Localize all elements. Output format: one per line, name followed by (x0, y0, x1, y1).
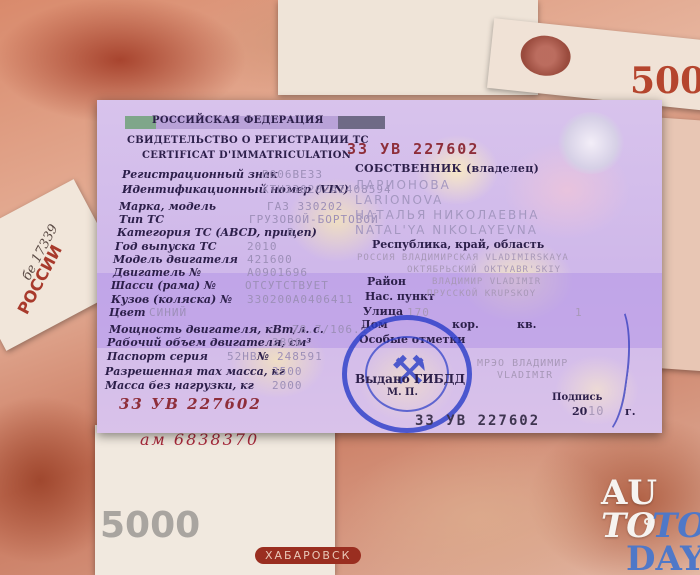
watermark-dot-icon (644, 518, 651, 525)
vehicle-field-label: Масса без нагрузки, кг (105, 379, 254, 392)
watermark-to-a: TO (601, 509, 656, 543)
date-year: 10 (588, 404, 604, 418)
vehicle-field-value: ГАЗ 330202 (267, 200, 343, 213)
reg-number-bottom-left: 33 УВ 227602 (119, 395, 262, 413)
vehicle-field-label: Модель двигателя (113, 253, 238, 266)
vehicle-field-label: Двигатель № (113, 266, 201, 279)
vehicle-field-label: Шасси (рама) № (111, 279, 216, 292)
mp-label: М. П. (387, 387, 418, 398)
district-value: ОКТЯБРЬСКИЙ OKTYABR'SKIY (407, 265, 561, 275)
vehicle-field-value: 2010 (247, 240, 278, 253)
owner-name-en: NATAL'YA NIKOLAYEVNA (355, 223, 538, 237)
owner-surname-ru: ЛАРИОНОВА (355, 178, 451, 192)
signature-label: Подпись (552, 392, 602, 403)
vehicle-field-label: Разрешенная max масса, кг (105, 365, 285, 378)
locality-label: Нас. пункт (365, 290, 435, 303)
owner-label: СОБСТВЕННИК (владелец) (355, 162, 539, 175)
watermark-day: DAY (626, 542, 700, 575)
vehicle-field-value: 2000 (272, 379, 303, 392)
issued-by-label: Выдано ГИБДД (355, 372, 465, 386)
banknote-denomination-top: 5000 (630, 60, 700, 102)
region-value: РОССИЯ ВЛАДИМИРСКАЯ VLADIMIRSKAYA (357, 253, 569, 263)
banknote-denomination-bottom: 5000 (100, 505, 200, 546)
street-value: ПРУССКОЙ KRUPSKOY (427, 289, 536, 299)
reg-number-bottom-right: 33 УВ 227602 (415, 413, 540, 429)
owner-surname-en: LARIONOVA (355, 193, 443, 207)
banknote-city-band: ХАБАРОВСК (255, 547, 361, 564)
vehicle-field-value: 3500 (272, 365, 303, 378)
watermark-to-b: TO (652, 509, 700, 543)
vehicle-field-value: В (287, 226, 295, 239)
region-label: Республика, край, область (372, 238, 544, 251)
apartment-label: кв. (517, 318, 536, 331)
vehicle-field-label: Год выпуска ТС (115, 240, 216, 253)
header-title-ru: СВИДЕТЕЛЬСТВО О РЕГИСТРАЦИИ ТС (127, 135, 369, 146)
locality-value: ВЛАДИМИР VLADIMIR (432, 277, 541, 287)
banknote-emblem-icon (519, 33, 573, 78)
date-prefix: 20 (572, 405, 587, 418)
header-title-fr: CERTIFICAT D'IMMATRICULATION (142, 150, 351, 161)
vehicle-field-label: Кузов (коляска) № (111, 293, 232, 306)
vehicle-registration-certificate: РОССИЙСКАЯ ФЕДЕРАЦИЯ СВИДЕТЕЛЬСТВО О РЕГ… (97, 100, 662, 433)
vehicle-field-value: А0901696 (247, 266, 308, 279)
watermark-au: AU (601, 476, 657, 510)
vehicle-field-label: Цвет (109, 306, 146, 319)
vehicle-field-value: ОТСУТСТВУЕТ (245, 279, 329, 292)
vehicle-field-value: 78.7/106.1 (292, 323, 368, 336)
vehicle-field-value: 52НВ (227, 350, 258, 363)
vehicle-field-value: 421600 (247, 253, 293, 266)
passport-number-value: 248591 (277, 350, 323, 363)
issued-place-en: VLADIMIR (497, 370, 553, 381)
vehicle-field-value: В006ВЕ33 (262, 168, 323, 181)
vehicle-field-label: Регистрационный знак (122, 168, 277, 181)
vehicle-field-value: 2890 (272, 336, 303, 349)
vehicle-field-label: Тип ТС (119, 213, 164, 226)
owner-name-ru: НАТАЛЬЯ НИКОЛАЕВНА (355, 208, 539, 222)
vehicle-field-label: Марка, модель (119, 200, 216, 213)
district-label: Район (367, 275, 406, 288)
vehicle-field-value: СИНИЙ (149, 306, 187, 319)
reg-number-top: 33 УВ 227602 (347, 140, 479, 158)
header-country: РОССИЙСКАЯ ФЕДЕРАЦИЯ (152, 115, 324, 126)
vehicle-field-value: 330200А0406411 (247, 293, 354, 306)
issued-place-ru: МРЭО ВЛАДИМИР (477, 358, 568, 369)
date-suffix: г. (625, 405, 636, 418)
apartment-value: 1 (575, 306, 583, 319)
building-label: кор. (452, 318, 479, 331)
vehicle-field-label: Паспорт серия (107, 350, 208, 363)
hologram-emblem-icon (557, 112, 625, 174)
passport-number-label: № (257, 350, 269, 363)
